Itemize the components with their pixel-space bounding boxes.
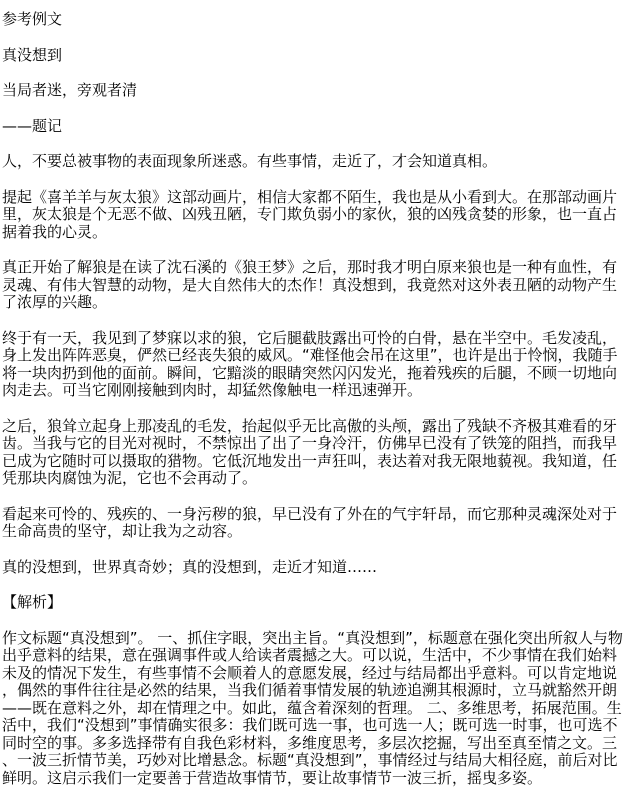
essay-paragraph: 终于有一天，我见到了梦寐以求的狼，它后腿截肢露出可怜的白骨，悬在半空中。毛发凌乱… [2, 330, 629, 400]
essay-document: 参考例文 真没想到 当局者迷，旁观者清 ——题记 人，不要总被事物的表面现象所迷… [0, 0, 630, 787]
essay-intro-paragraph: 人，不要总被事物的表面现象所迷惑。有些事情，走近了，才会知道真相。 [2, 153, 629, 171]
essay-paragraph: 真正开始了解狼是在读了沈石溪的《狼王梦》之后，那时我才明白原来狼也是一种有血性，… [2, 259, 629, 312]
essay-paragraph: 提起《喜羊羊与灰太狼》这部动画片，相信大家都不陌生，我也是从小看到大。在那部动画… [2, 189, 629, 242]
essay-paragraph: 之后，狼耸立起身上那凌乱的毛发，抬起似乎无比高傲的头颅，露出了残缺不齐极其难看的… [2, 418, 629, 488]
essay-subtitle: 当局者迷，旁观者清 [2, 82, 629, 100]
essay-closing-paragraph: 真的没想到，世界真奇妙；真的没想到，走近才知道…… [2, 559, 629, 577]
reference-essay-label: 参考例文 [2, 11, 629, 29]
analysis-paragraph: 作文标题“真没想到”。 一、抓住字眼，突出主旨。“真没想到”，标题意在强化突出所… [2, 630, 629, 788]
document-page: { "document": { "header_label": "参考例文", … [0, 0, 630, 798]
analysis-heading: 【解析】 [2, 594, 629, 612]
essay-title: 真没想到 [2, 47, 629, 65]
epigraph: ——题记 [2, 118, 629, 136]
essay-paragraph: 看起来可怜的、残疾的、一身污秽的狼，早已没有了外在的气宇轩昂，而它那种灵魂深处对… [2, 506, 629, 541]
